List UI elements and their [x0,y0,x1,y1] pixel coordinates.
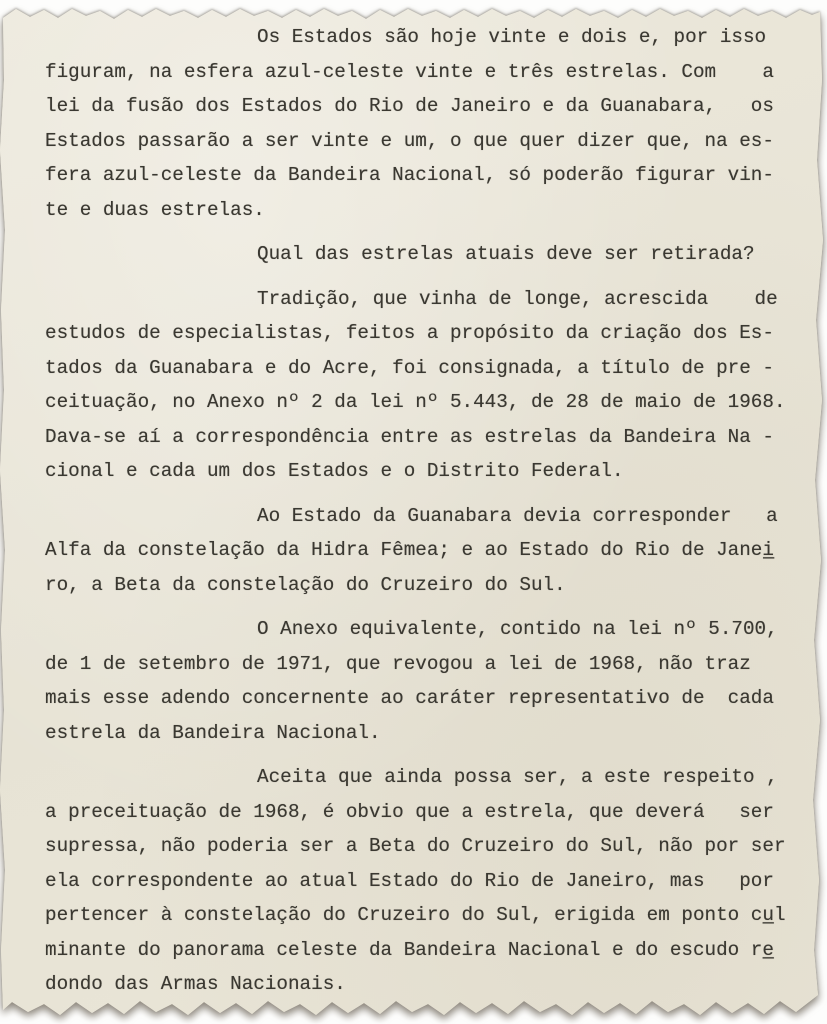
paragraph-states-count: Os Estados são hoje vinte e dois e, por … [45,20,805,227]
text-line: estudos de especialistas, feitos a propó… [45,316,805,351]
text-line: dondo das Armas Nacionais. [45,967,805,1002]
text-line: supressa, não poderia ser a Beta do Cruz… [45,829,805,864]
text-line: Ao Estado da Guanabara devia corresponde… [45,499,805,534]
text-line: lei da fusão dos Estados do Rio de Janei… [45,89,805,124]
text-line: estrela da Bandeira Nacional. [45,716,805,751]
text-line: Estados passarão a ser vinte e um, o que… [45,124,805,159]
text-line: fera azul-celeste da Bandeira Nacional, … [45,158,805,193]
text-line: ro, a Beta da constelação do Cruzeiro do… [45,568,805,603]
text-line: pertencer à constelação do Cruzeiro do S… [45,898,805,933]
text-line: ceituação, no Anexo nº 2 da lei nº 5.443… [45,385,805,420]
text-line: O Anexo equivalente, contido na lei nº 5… [45,612,805,647]
text-line: tados da Guanabara e do Acre, foi consig… [45,351,805,386]
text-line: Qual das estrelas atuais deve ser retira… [45,237,805,272]
paragraph-law-5700: O Anexo equivalente, contido na lei nº 5… [45,612,805,750]
text-line: ela correspondente ao atual Estado do Ri… [45,864,805,899]
paper-shadow: Os Estados são hoje vinte e dois e, por … [0,0,827,1024]
text-line: Os Estados são hoje vinte e dois e, por … [45,20,805,55]
text-line: de 1 de setembro de 1971, que revogou a … [45,647,805,682]
text-line: Alfa da constelação da Hidra Fêmea; e ao… [45,533,805,568]
paragraph-conclusion: Aceita que ainda possa ser, a este respe… [45,760,805,1002]
paragraph-question: Qual das estrelas atuais deve ser retira… [45,237,805,272]
typewritten-page: Os Estados são hoje vinte e dois e, por … [0,0,827,1024]
text-line: cional e cada um dos Estados e o Distrit… [45,454,805,489]
text-line: Tradição, que vinha de longe, acrescida … [45,282,805,317]
text-line: a preceituação de 1968, é obvio que a es… [45,795,805,830]
text-line: figuram, na esfera azul-celeste vinte e … [45,55,805,90]
text-line: minante do panorama celeste da Bandeira … [45,933,805,968]
text-line: mais esse adendo concernente ao caráter … [45,681,805,716]
scan-background: Os Estados são hoje vinte e dois e, por … [0,0,827,1024]
text-line: Aceita que ainda possa ser, a este respe… [45,760,805,795]
paragraph-guanabara-star: Ao Estado da Guanabara devia corresponde… [45,499,805,603]
page-text: Os Estados são hoje vinte e dois e, por … [45,20,805,1002]
text-line: Dava-se aí a correspondência entre as es… [45,420,805,455]
paragraph-tradition: Tradição, que vinha de longe, acrescida … [45,282,805,489]
text-line: te e duas estrelas. [45,193,805,228]
